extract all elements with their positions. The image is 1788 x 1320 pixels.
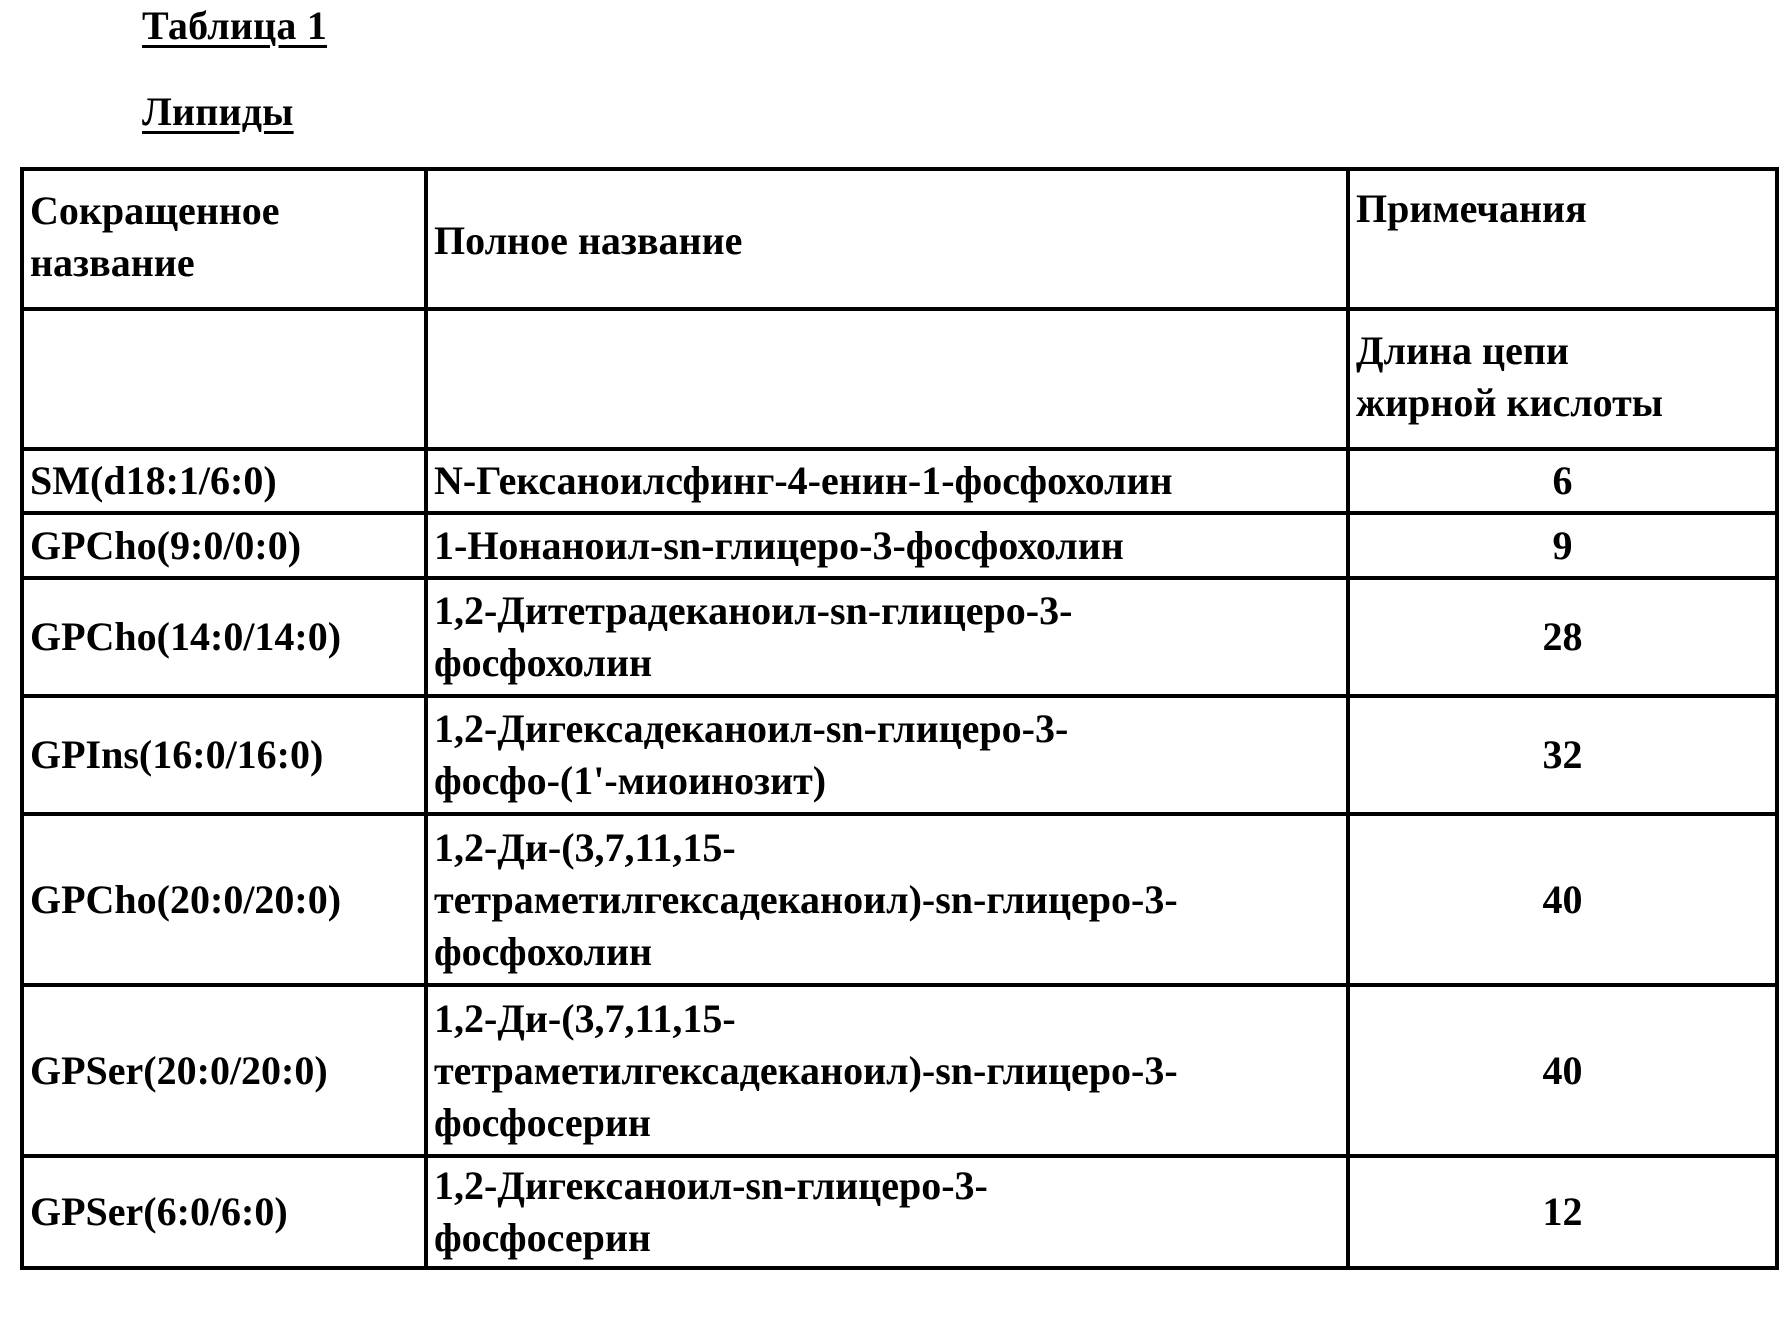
table-row: GPSer(6:0/6:0)1,2-Дигексаноил-sn-глицеро… — [22, 1156, 1777, 1268]
header-full-name: Полное название — [426, 169, 1348, 309]
cell-full-name-line: фосфохолин — [434, 926, 1340, 978]
table-row: GPIns(16:0/16:0)1,2-Дигексадеканоил-sn-г… — [22, 696, 1777, 814]
cell-short-name: GPSer(20:0/20:0) — [22, 985, 426, 1156]
cell-short-name: GPSer(6:0/6:0) — [22, 1156, 426, 1268]
cell-full-name-line: фосфохолин — [434, 637, 1340, 689]
table-title: Липиды — [142, 88, 294, 135]
table-subheader-row: Длина цепи жирной кислоты — [22, 309, 1777, 449]
cell-full-name-line: фосфосерин — [434, 1212, 1340, 1264]
cell-chain-length: 6 — [1348, 449, 1777, 513]
cell-full-name-line: 1,2-Дигексаноил-sn-глицеро-3- — [434, 1160, 1340, 1212]
subheader-line: Длина цепи — [1356, 325, 1769, 377]
subheader-empty-1 — [22, 309, 426, 449]
table-row: GPCho(9:0/0:0)1-Нонаноил-sn-глицеро-3-фо… — [22, 513, 1777, 578]
cell-full-name: 1,2-Дигексадеканоил-sn-глицеро-3-фосфо-(… — [426, 696, 1348, 814]
cell-full-name: 1,2-Ди-(3,7,11,15-тетраметилгексадеканои… — [426, 985, 1348, 1156]
table-row: GPCho(14:0/14:0)1,2-Дитетрадеканоил-sn-г… — [22, 578, 1777, 696]
cell-full-name-line: N-Гексаноилсфинг-4-енин-1-фосфохолин — [434, 455, 1340, 507]
cell-full-name-line: 1,2-Дитетрадеканоил-sn-глицеро-3- — [434, 585, 1340, 637]
header-short-name: Сокращенное название — [22, 169, 426, 309]
cell-full-name-line: 1,2-Дигексадеканоил-sn-глицеро-3- — [434, 703, 1340, 755]
cell-short-name: SM(d18:1/6:0) — [22, 449, 426, 513]
cell-short-name: GPIns(16:0/16:0) — [22, 696, 426, 814]
table-row: SM(d18:1/6:0)N-Гексаноилсфинг-4-енин-1-ф… — [22, 449, 1777, 513]
cell-full-name: 1,2-Дигексаноил-sn-глицеро-3-фосфосерин — [426, 1156, 1348, 1268]
cell-short-name: GPCho(14:0/14:0) — [22, 578, 426, 696]
subheader-empty-2 — [426, 309, 1348, 449]
table-row: GPSer(20:0/20:0)1,2-Ди-(3,7,11,15-тетрам… — [22, 985, 1777, 1156]
cell-full-name-line: фосфосерин — [434, 1097, 1340, 1149]
table-label: Таблица 1 — [142, 2, 327, 49]
cell-full-name-line: 1-Нонаноил-sn-глицеро-3-фосфохолин — [434, 520, 1340, 572]
cell-short-name: GPCho(9:0/0:0) — [22, 513, 426, 578]
cell-short-name: GPCho(20:0/20:0) — [22, 814, 426, 985]
cell-chain-length: 12 — [1348, 1156, 1777, 1268]
header-short-name-line: Сокращенное — [30, 185, 418, 237]
cell-full-name: N-Гексаноилсфинг-4-енин-1-фосфохолин — [426, 449, 1348, 513]
cell-chain-length: 32 — [1348, 696, 1777, 814]
cell-full-name-line: тетраметилгексадеканоил)-sn-глицеро-3- — [434, 874, 1340, 926]
cell-full-name-line: 1,2-Ди-(3,7,11,15- — [434, 993, 1340, 1045]
header-short-name-line: название — [30, 237, 418, 289]
subheader-chain-length: Длина цепи жирной кислоты — [1348, 309, 1777, 449]
cell-full-name: 1,2-Ди-(3,7,11,15-тетраметилгексадеканои… — [426, 814, 1348, 985]
cell-full-name: 1,2-Дитетрадеканоил-sn-глицеро-3-фосфохо… — [426, 578, 1348, 696]
header-notes: Примечания — [1348, 169, 1777, 309]
cell-full-name-line: тетраметилгексадеканоил)-sn-глицеро-3- — [434, 1045, 1340, 1097]
cell-full-name-line: фосфо-(1'-миоинозит) — [434, 755, 1340, 807]
cell-full-name: 1-Нонаноил-sn-глицеро-3-фосфохолин — [426, 513, 1348, 578]
lipids-table: Сокращенное название Полное название При… — [20, 167, 1779, 1270]
cell-chain-length: 40 — [1348, 985, 1777, 1156]
table-row: GPCho(20:0/20:0)1,2-Ди-(3,7,11,15-тетрам… — [22, 814, 1777, 985]
table-header-row: Сокращенное название Полное название При… — [22, 169, 1777, 309]
cell-chain-length: 40 — [1348, 814, 1777, 985]
cell-full-name-line: 1,2-Ди-(3,7,11,15- — [434, 822, 1340, 874]
subheader-line: жирной кислоты — [1356, 377, 1769, 429]
cell-chain-length: 9 — [1348, 513, 1777, 578]
cell-chain-length: 28 — [1348, 578, 1777, 696]
